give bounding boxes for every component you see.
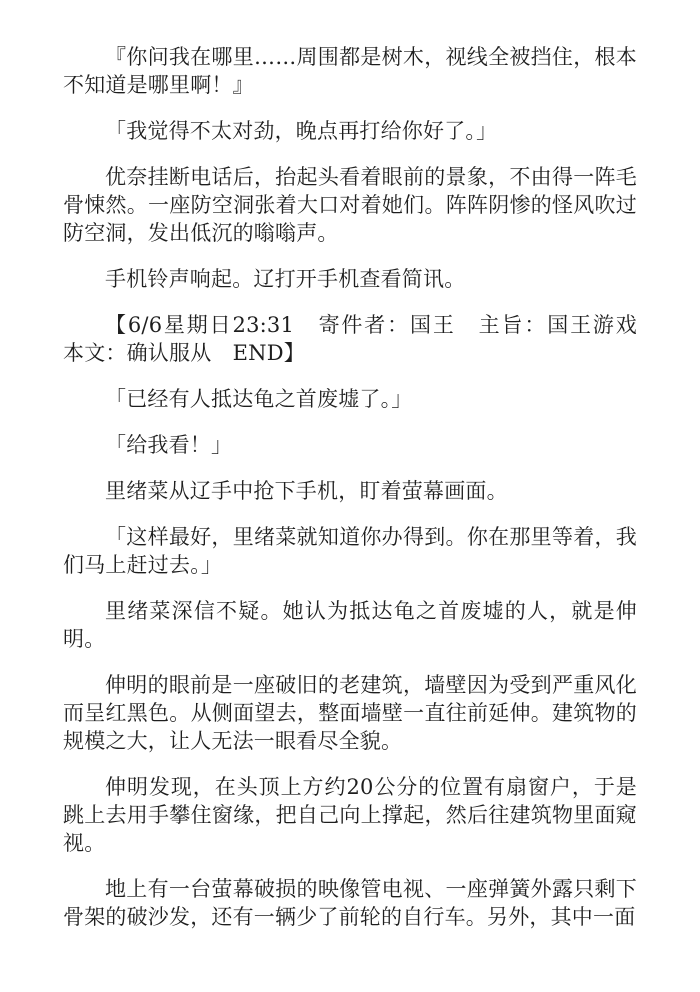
paragraph-narration: 优奈挂断电话后，抬起头看着眼前的景象，不由得一阵毛骨悚然。一座防空洞张着大口对着… [63, 163, 637, 247]
paragraph-dialogue: 「我觉得不太对劲，晚点再打给你好了。」 [63, 117, 637, 145]
novel-page: 『你问我在哪里……周围都是树木，视线全被挡住，根本不知道是哪里啊！』 「我觉得不… [0, 0, 700, 992]
paragraph-dialogue: 『你问我在哪里……周围都是树木，视线全被挡住，根本不知道是哪里啊！』 [63, 43, 637, 99]
paragraph-dialogue: 「已经有人抵达龟之首废墟了。」 [63, 385, 637, 413]
paragraph-narration: 地上有一台萤幕破损的映像管电视、一座弹簧外露只剩下骨架的破沙发，还有一辆少了前轮… [63, 875, 637, 931]
paragraph-narration: 里绪菜深信不疑。她认为抵达龟之首废墟的人，就是伸明。 [63, 597, 637, 653]
paragraph-narration: 伸明发现，在头顶上方约20公分的位置有扇窗户，于是跳上去用手攀住窗缘，把自己向上… [63, 773, 637, 857]
paragraph-dialogue: 「给我看！」 [63, 431, 637, 459]
paragraph-narration: 伸明的眼前是一座破旧的老建筑，墙壁因为受到严重风化而呈红黑色。从侧面望去，整面墙… [63, 671, 637, 755]
paragraph-dialogue: 「这样最好，里绪菜就知道你办得到。你在那里等着，我们马上赶过去。」 [63, 523, 637, 579]
paragraph-narration: 里绪菜从辽手中抢下手机，盯着萤幕画面。 [63, 477, 637, 505]
paragraph-message: 【6/6星期日23:31 寄件者：国王 主旨：国王游戏 本文：确认服从 END】 [63, 311, 637, 367]
paragraph-narration: 手机铃声响起。辽打开手机查看简讯。 [63, 265, 637, 293]
